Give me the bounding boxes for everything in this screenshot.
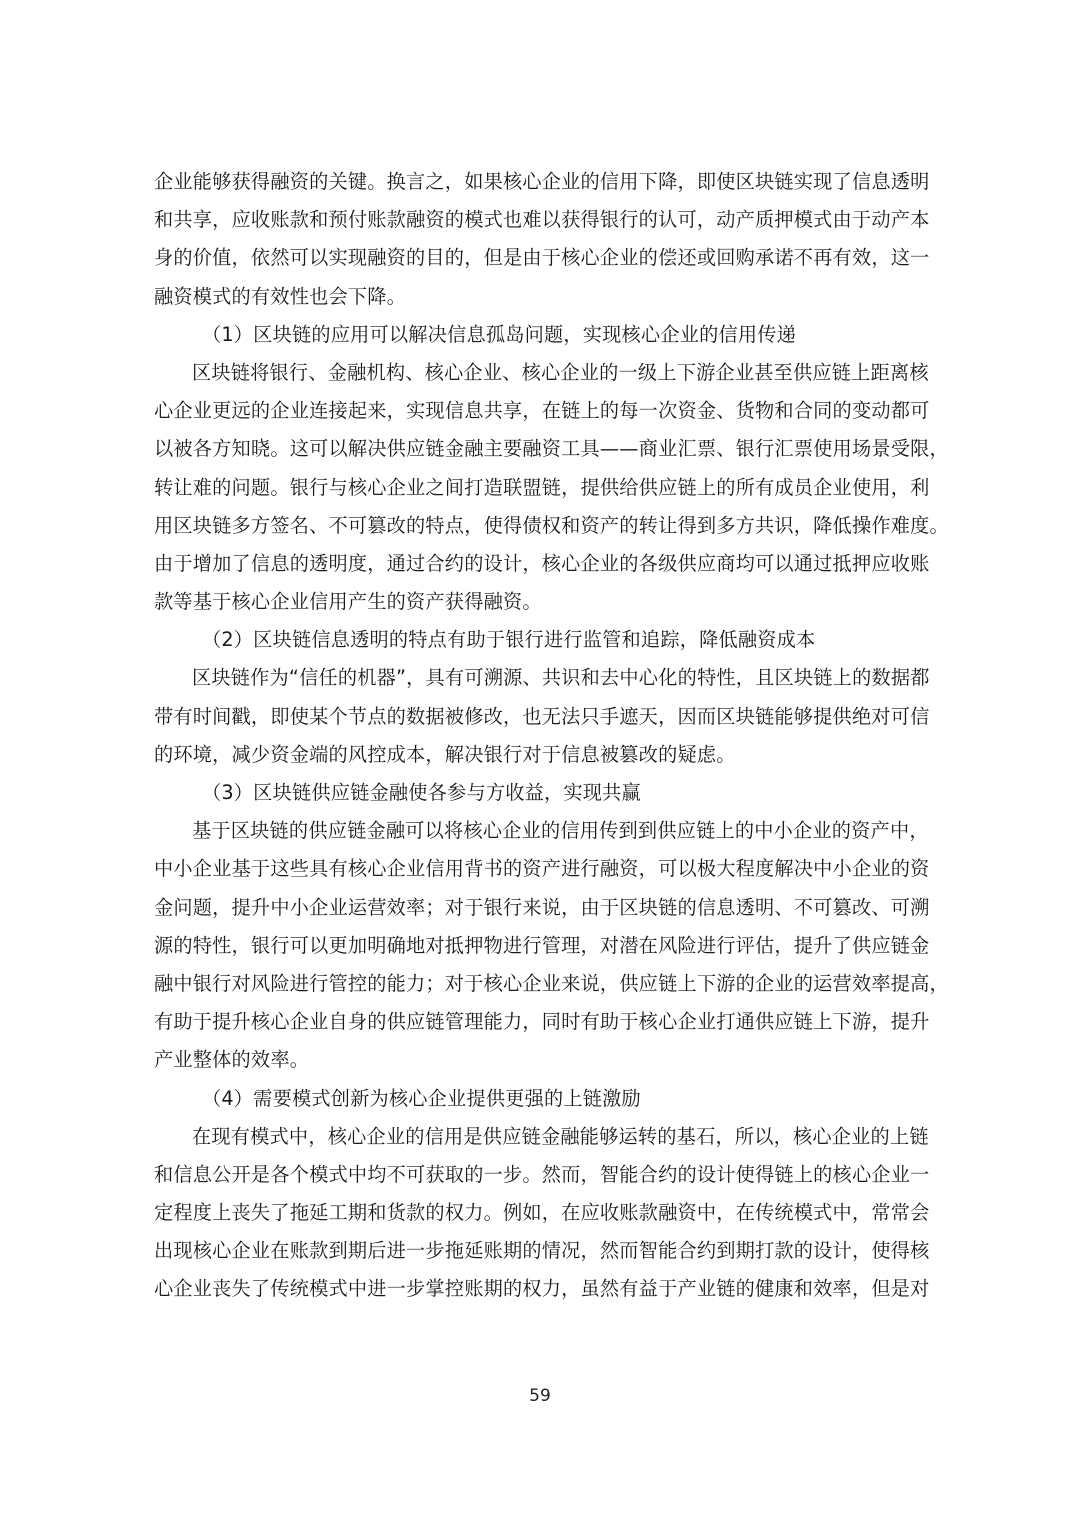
paragraph-line: 用区块链多方签名、不可篡改的特点，使得债权和资产的转让得到多方共识，降低操作难度… (154, 507, 926, 545)
paragraph-line: 中小企业基于这些具有核心企业信用背书的资产进行融资，可以极大程度解决中小企业的资 (154, 850, 926, 888)
paragraph-line: 企业能够获得融资的关键。换言之，如果核心企业的信用下降，即使区块链实现了信息透明 (154, 163, 926, 201)
paragraph-line: 和信息公开是各个模式中均不可获取的一步。然而，智能合约的设计使得链上的核心企业一 (154, 1156, 926, 1194)
section-heading: （3）区块链供应链金融使各参与方收益，实现共赢 (154, 774, 926, 812)
paragraph-line: 在现有模式中，核心企业的信用是供应链金融能够运转的基石，所以，核心企业的上链 (154, 1118, 926, 1156)
paragraph-line: 出现核心企业在账款到期后进一步拖延账期的情况，然而智能合约到期打款的设计，使得核 (154, 1232, 926, 1270)
section-heading: （4）需要模式创新为核心企业提供更强的上链激励 (154, 1080, 926, 1118)
paragraph-line: 带有时间戳，即使某个节点的数据被修改，也无法只手遮天，因而区块链能够提供绝对可信 (154, 698, 926, 736)
paragraph-line: 融中银行对风险进行管控的能力；对于核心企业来说，供应链上下游的企业的运营效率提高… (154, 965, 926, 1003)
paragraph-line: 心企业更远的企业连接起来，实现信息共享，在链上的每一次资金、货物和合同的变动都可 (154, 392, 926, 430)
paragraph-line: 款等基于核心企业信用产生的资产获得融资。 (154, 583, 926, 621)
paragraph-line: 源的特性，银行可以更加明确地对抵押物进行管理，对潜在风险进行评估，提升了供应链金 (154, 927, 926, 965)
paragraph-line: 基于区块链的供应链金融可以将核心企业的信用传到到供应链上的中小企业的资产中， (154, 812, 926, 850)
paragraph-line: 区块链作为“信任的机器”，具有可溯源、共识和去中心化的特性，且区块链上的数据都 (154, 659, 926, 697)
paragraph-line: 有助于提升核心企业自身的供应链管理能力，同时有助于核心企业打通供应链上下游，提升 (154, 1003, 926, 1041)
paragraph-line: 身的价值，依然可以实现融资的目的，但是由于核心企业的偿还或回购承诺不再有效，这一 (154, 239, 926, 277)
paragraph-line: 转让难的问题。银行与核心企业之间打造联盟链，提供给供应链上的所有成员企业使用，利 (154, 469, 926, 507)
paragraph-line: 心企业丧失了传统模式中进一步掌控账期的权力，虽然有益于产业链的健康和效率，但是对 (154, 1270, 926, 1308)
section-heading: （2）区块链信息透明的特点有助于银行进行监管和追踪，降低融资成本 (154, 621, 926, 659)
paragraph-line: 由于增加了信息的透明度，通过合约的设计，核心企业的各级供应商均可以通过抵押应收账 (154, 545, 926, 583)
paragraph-line: 以被各方知晓。这可以解决供应链金融主要融资工具——商业汇票、银行汇票使用场景受限… (154, 430, 926, 468)
paragraph-line: 定程度上丧失了拖延工期和货款的权力。例如，在应收账款融资中，在传统模式中，常常会 (154, 1194, 926, 1232)
paragraph-line: 和共享，应收账款和预付账款融资的模式也难以获得银行的认可，动产质押模式由于动产本 (154, 201, 926, 239)
paragraph-line: 融资模式的有效性也会下降。 (154, 278, 926, 316)
section-heading: （1）区块链的应用可以解决信息孤岛问题，实现核心企业的信用传递 (154, 316, 926, 354)
paragraph-line: 金问题，提升中小企业运营效率；对于银行来说，由于区块链的信息透明、不可篡改、可溯 (154, 889, 926, 927)
paragraph-line: 的环境，减少资金端的风控成本，解决银行对于信息被篡改的疑虑。 (154, 736, 926, 774)
paragraph-line: 产业整体的效率。 (154, 1041, 926, 1079)
paragraph-line: 区块链将银行、金融机构、核心企业、核心企业的一级上下游企业甚至供应链上距离核 (154, 354, 926, 392)
page-number: 59 (0, 1386, 1080, 1406)
document-page: 企业能够获得融资的关键。换言之，如果核心企业的信用下降，即使区块链实现了信息透明… (154, 163, 926, 1309)
